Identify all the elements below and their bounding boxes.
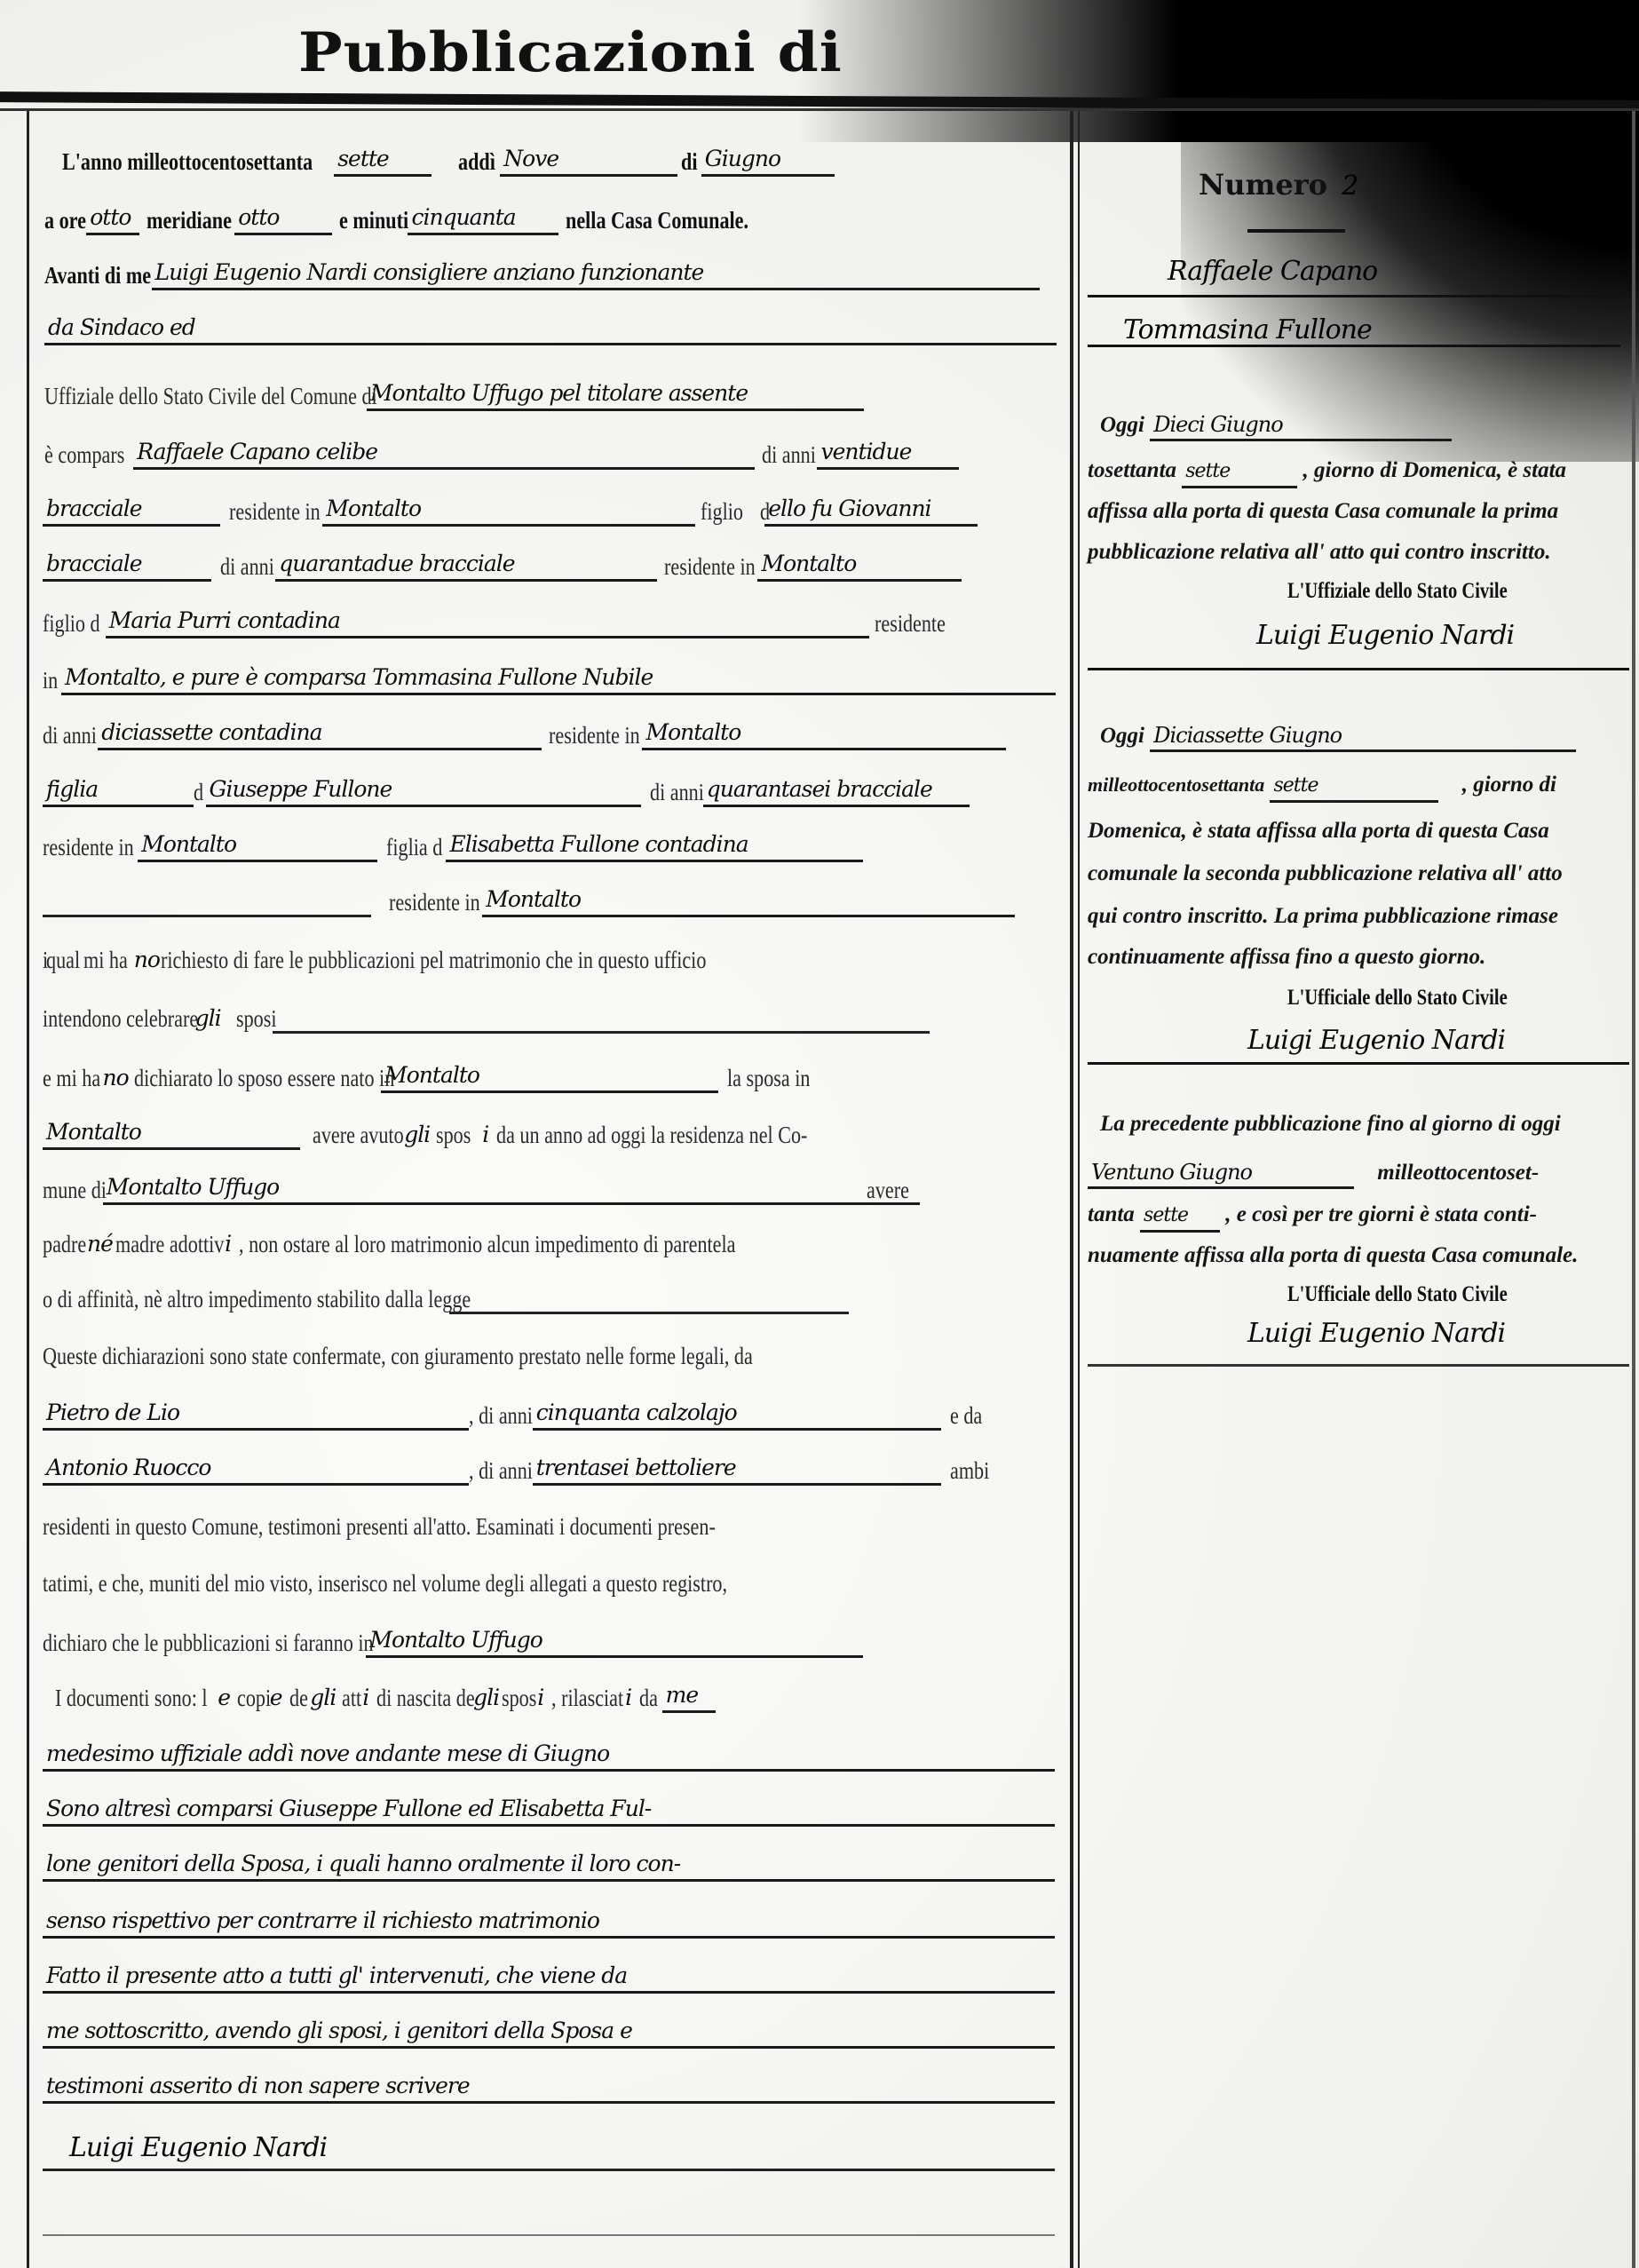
column-divider-inner <box>1078 111 1080 2268</box>
handwritten-line-2: Sono altresì comparsi Giuseppe Fullone e… <box>43 1794 1055 1827</box>
second-pub-officer: L'Ufficiale dello Stato Civile <box>1287 984 1556 1012</box>
header-rule-thin <box>0 108 1639 111</box>
second-pub-signature: Luigi Eugenio Nardi <box>1247 1027 1505 1057</box>
numero-row: Numero 2 <box>1199 170 1358 202</box>
line-groom-father: bracciale di anni quarantadue bracciale … <box>43 549 962 582</box>
second-pub-date: Oggi Diciassette Giugno <box>1100 721 1576 752</box>
column-divider <box>1070 111 1073 2268</box>
second-pub-rule <box>1088 1062 1629 1065</box>
final-note-officer: L'Ufficiale dello Stato Civile <box>1287 1281 1556 1309</box>
first-pub-text-1: affissa alla porta di questa Casa comuna… <box>1088 497 1558 526</box>
handwritten-line-6: me sottoscritto, avendo gli sposi, i gen… <box>43 2016 1055 2049</box>
second-pub-text-3: qui contro inscritto. La prima pubblicaz… <box>1088 902 1558 931</box>
first-pub-signature: Luigi Eugenio Nardi <box>1256 622 1514 652</box>
line-bride-mother-residence: residente in Montalto <box>43 884 1015 917</box>
first-pub-officer: L'Uffiziale dello Stato Civile <box>1287 577 1556 606</box>
line-request: i qual mi ha no richiesto di fare le pub… <box>43 945 826 975</box>
second-pub-text-4: continuamente affissa fino a questo gior… <box>1088 943 1485 971</box>
line-birthplace: e mi ha no dichiarato lo sposo essere na… <box>43 1060 828 1093</box>
line-bride: in Montalto, e pure è comparsa Tommasina… <box>43 662 1056 695</box>
line-celebrate: intendono celebrare gli sposi <box>43 1003 930 1034</box>
handwritten-line-7: testimoni asserito di non sapere scriver… <box>43 2071 1055 2104</box>
line-bride-father: figlia d Giuseppe Fullone di anni quaran… <box>43 774 970 807</box>
line-comune: Uffiziale dello Stato Civile del Comune … <box>44 378 864 411</box>
first-pub-rule <box>1088 668 1629 670</box>
line-residence: Montalto avere avuto gli spos i da un an… <box>43 1117 876 1150</box>
handwritten-line-3: lone genitori della Sposa, i quali hanno… <box>43 1849 1055 1882</box>
line-documents: I documenti sono: l e copi e de gli att … <box>55 1680 716 1713</box>
line-year: L'anno milleottocentosettanta sette addì… <box>62 144 835 177</box>
line-documents-exam: tatimi, e che, muniti del mio visto, ins… <box>43 1568 877 1598</box>
second-pub-text-2: comunale la seconda pubblicazione relati… <box>1088 860 1563 888</box>
first-pub-date: Oggi Dieci Giugno <box>1100 410 1452 441</box>
final-note-year: tanta sette , e così per tre giorni è st… <box>1088 1201 1537 1233</box>
handwritten-line-4: senso rispettivo per contrarre il richie… <box>43 1906 1055 1939</box>
final-note-line-1: La precedente pubblicazione fino al gior… <box>1100 1110 1561 1138</box>
line-officer: Avanti di me Luigi Eugenio Nardi consigl… <box>44 258 1040 290</box>
name-rule-1 <box>1088 295 1620 297</box>
document-title: Pubblicazioni di <box>298 20 843 84</box>
line-witness-2: Antonio Ruocco , di anni trentasei betto… <box>43 1453 998 1486</box>
final-note-signature: Luigi Eugenio Nardi <box>1247 1320 1505 1350</box>
line-groom: è compars Raffaele Capano celibe di anni… <box>44 437 959 470</box>
line-residents: residenti in questo Comune, testimoni pr… <box>43 1511 863 1542</box>
numero-rule <box>1247 229 1345 233</box>
line-witness-1: Pietro de Lio , di anni cinquanta calzol… <box>43 1398 989 1431</box>
left-border <box>27 111 29 2268</box>
groom-name-margin: Raffaele Capano <box>1168 258 1377 288</box>
first-pub-text-2: pubblicazione relativa all' atto qui con… <box>1088 538 1551 567</box>
second-pub-text-1: Domenica, è stata affissa alla porta di … <box>1088 817 1549 845</box>
line-officer-cont: da Sindaco ed <box>44 313 1057 345</box>
line-declarations: Queste dichiarazioni sono state conferma… <box>43 1341 908 1371</box>
line-affinity: o di affinità, nè altro impedimento stab… <box>43 1284 849 1314</box>
line-comune-residence: mune di Montalto Uffugo avere <box>43 1172 918 1205</box>
line-time: a ore otto meridiane otto e minuti cinqu… <box>44 202 789 235</box>
second-pub-year: milleottocentosettanta sette , giorno di <box>1088 771 1556 803</box>
final-note-date: Ventuno Giugno milleottocentoset- <box>1088 1158 1539 1189</box>
first-pub-year: tosettanta sette , giorno di Domenica, è… <box>1088 456 1566 488</box>
scanned-register-page: Pubblicazioni di L'anno milleottocentose… <box>0 0 1639 2268</box>
line-bride-mother: residente in Montalto figlia d Elisabett… <box>43 829 863 862</box>
signature-rule <box>43 2169 1055 2171</box>
right-border <box>1632 111 1635 2268</box>
bride-name-margin: Tommasina Fullone <box>1123 316 1372 346</box>
officer-signature: Luigi Eugenio Nardi <box>69 2133 327 2163</box>
final-note-line-4: nuamente affissa alla porta di questa Ca… <box>1088 1241 1578 1270</box>
line-impediment: padre né madre adottiv i , non ostare al… <box>43 1229 844 1259</box>
line-groom-mother: figlio d Maria Purri contadina residente <box>43 606 961 638</box>
line-groom-residence: bracciale residente in Montalto figlio d… <box>43 494 978 527</box>
line-publication-place: dichiaro che le pubblicazioni si faranno… <box>43 1625 863 1658</box>
name-rule-2 <box>1088 345 1620 347</box>
handwritten-line-5: Fatto il presente atto a tutti gl' inter… <box>43 1961 1055 1994</box>
handwritten-line-1: medesimo uffiziale addì nove andante mes… <box>43 1739 1055 1772</box>
blank-rule <box>43 2234 1055 2236</box>
line-bride-age: di anni diciassette contadina residente … <box>43 718 1006 750</box>
final-note-rule <box>1088 1364 1629 1367</box>
